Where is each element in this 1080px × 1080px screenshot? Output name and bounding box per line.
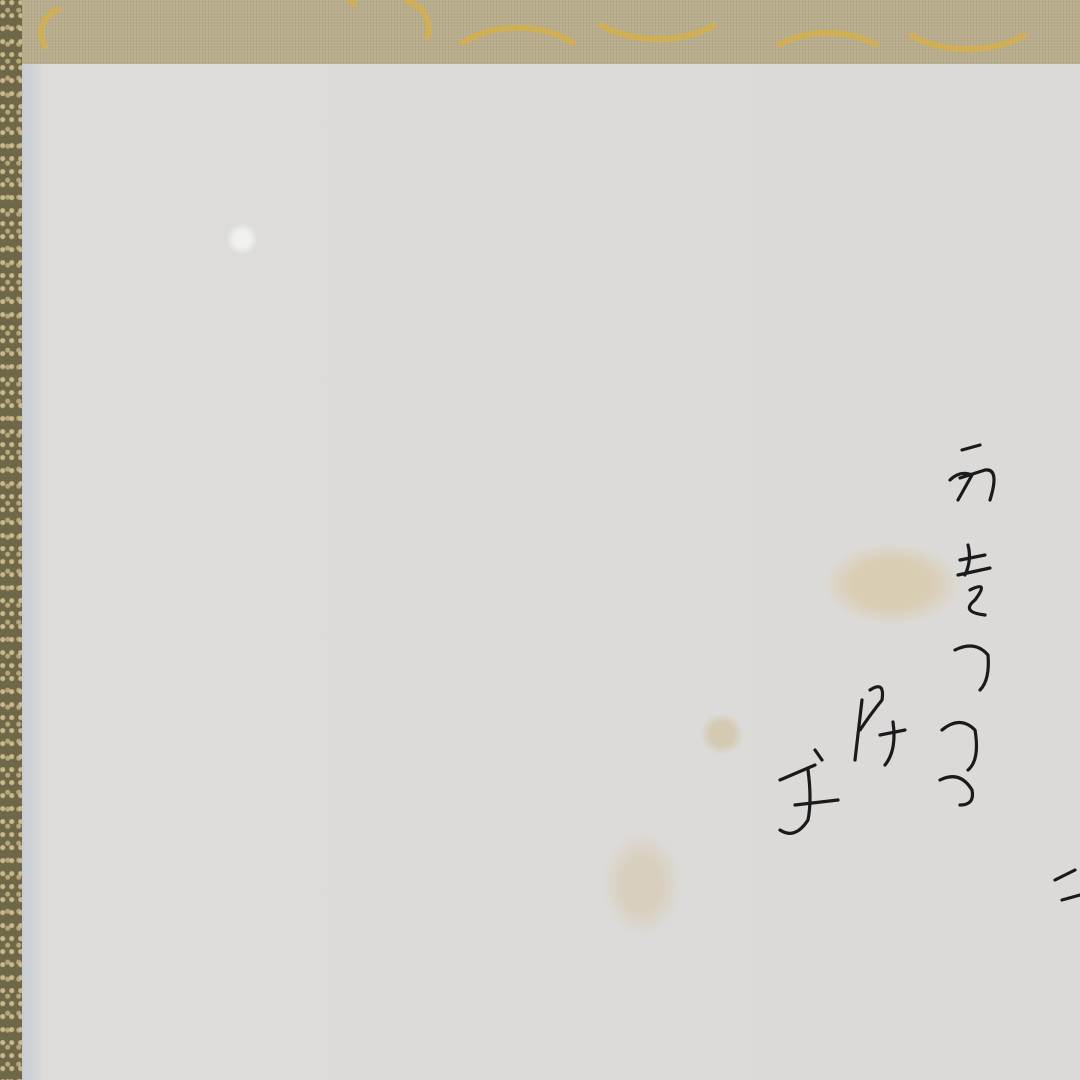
ink-brush-strokes [0,0,1080,1080]
calligraphy-text: あまてらす かは みす よ [0,0,1080,1080]
